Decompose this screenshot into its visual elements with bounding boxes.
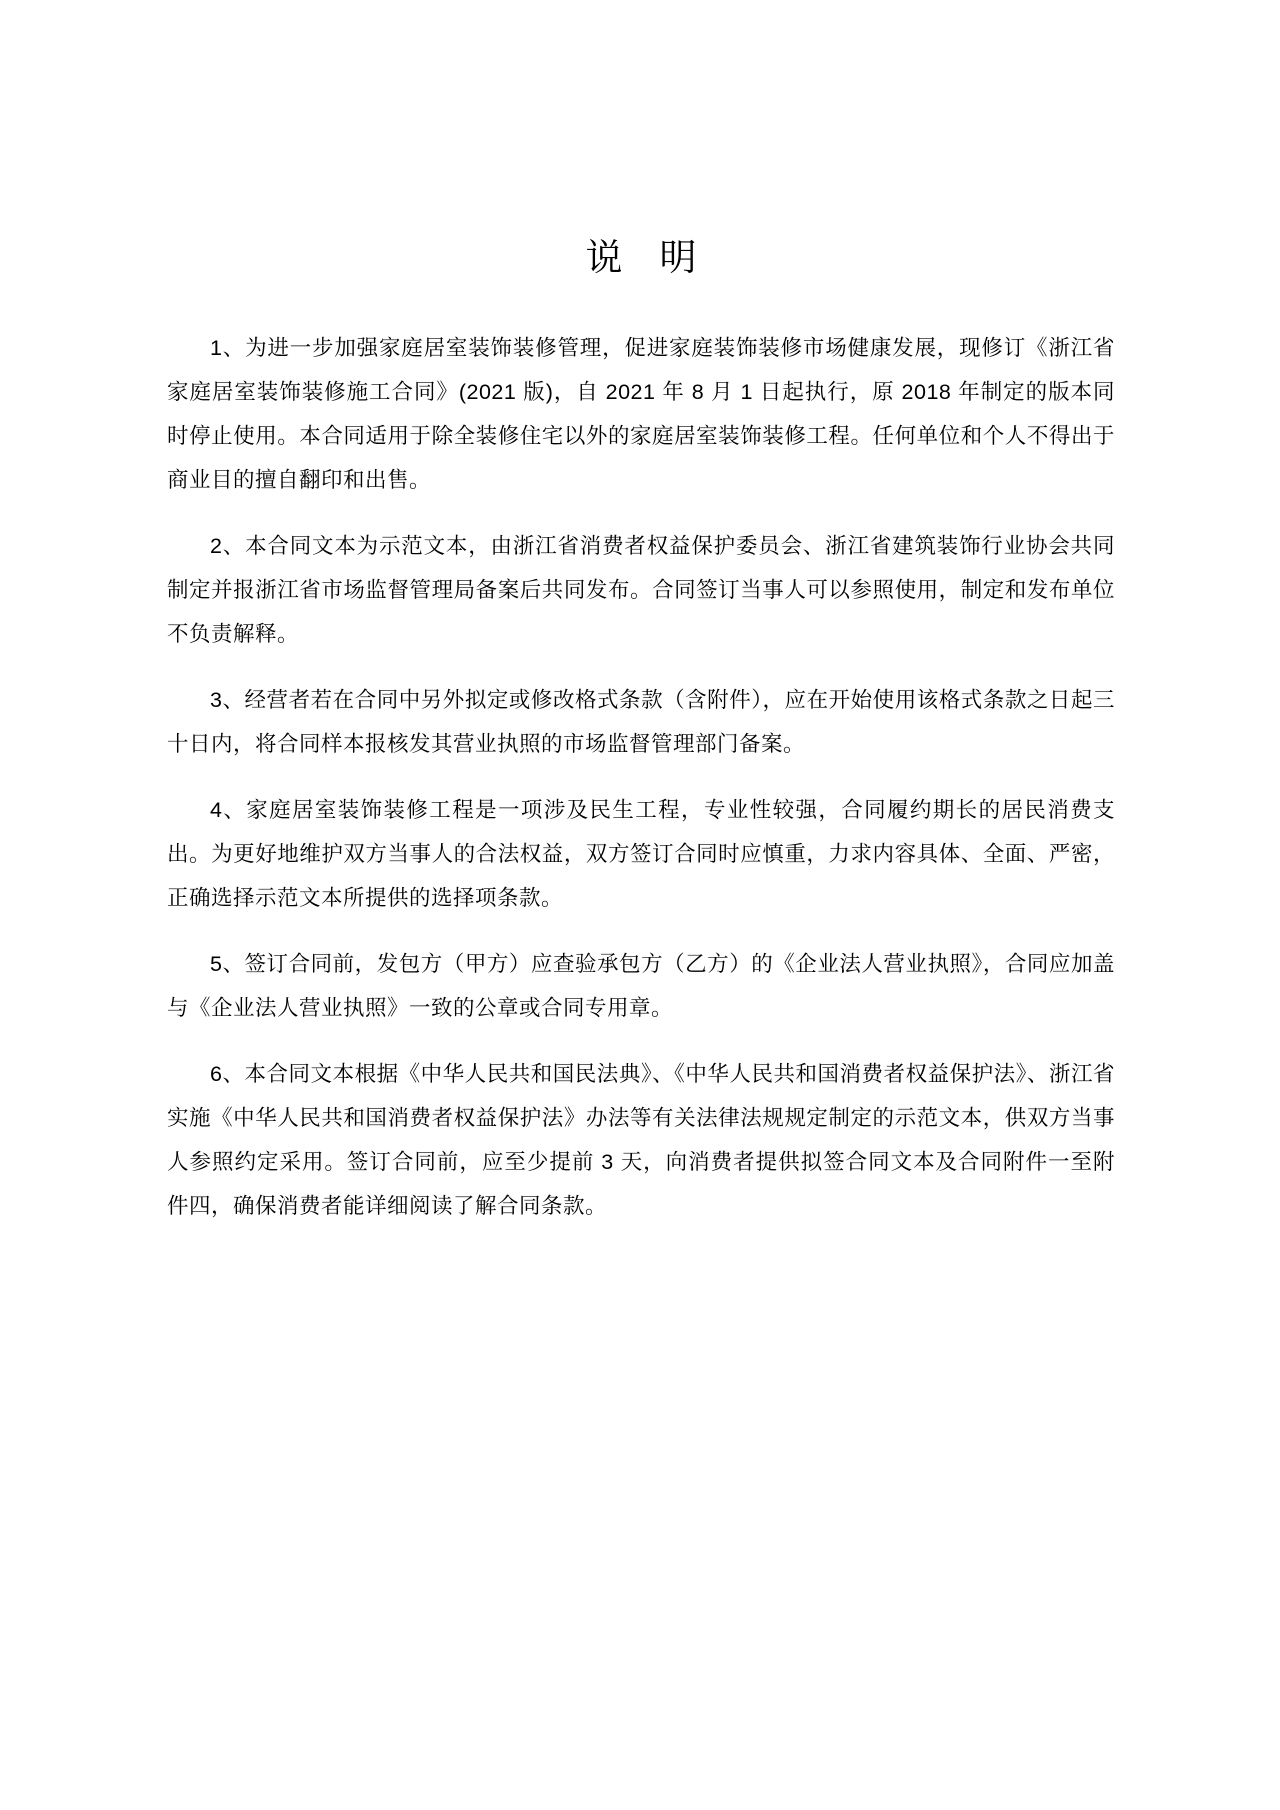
document-title: 说 明: [167, 238, 1115, 278]
paragraph-4: 4、家庭居室装饰装修工程是一项涉及民生工程，专业性较强，合同履约期长的居民消费支…: [167, 788, 1115, 920]
paragraph-2: 2、本合同文本为示范文本，由浙江省消费者权益保护委员会、浙江省建筑装饰行业协会共…: [167, 524, 1115, 656]
document-body: 1、为进一步加强家庭居室装饰装修管理，促进家庭装饰装修市场健康发展，现修订《浙江…: [167, 326, 1115, 1228]
paragraph-5: 5、签订合同前，发包方（甲方）应查验承包方（乙方）的《企业法人营业执照》，合同应…: [167, 942, 1115, 1030]
paragraph-3: 3、经营者若在合同中另外拟定或修改格式条款（含附件），应在开始使用该格式条款之日…: [167, 678, 1115, 766]
paragraph-6: 6、本合同文本根据《中华人民共和国民法典》、《中华人民共和国消费者权益保护法》、…: [167, 1052, 1115, 1228]
document-page: 说 明 1、为进一步加强家庭居室装饰装修管理，促进家庭装饰装修市场健康发展，现修…: [0, 0, 1280, 1810]
paragraph-1: 1、为进一步加强家庭居室装饰装修管理，促进家庭装饰装修市场健康发展，现修订《浙江…: [167, 326, 1115, 502]
